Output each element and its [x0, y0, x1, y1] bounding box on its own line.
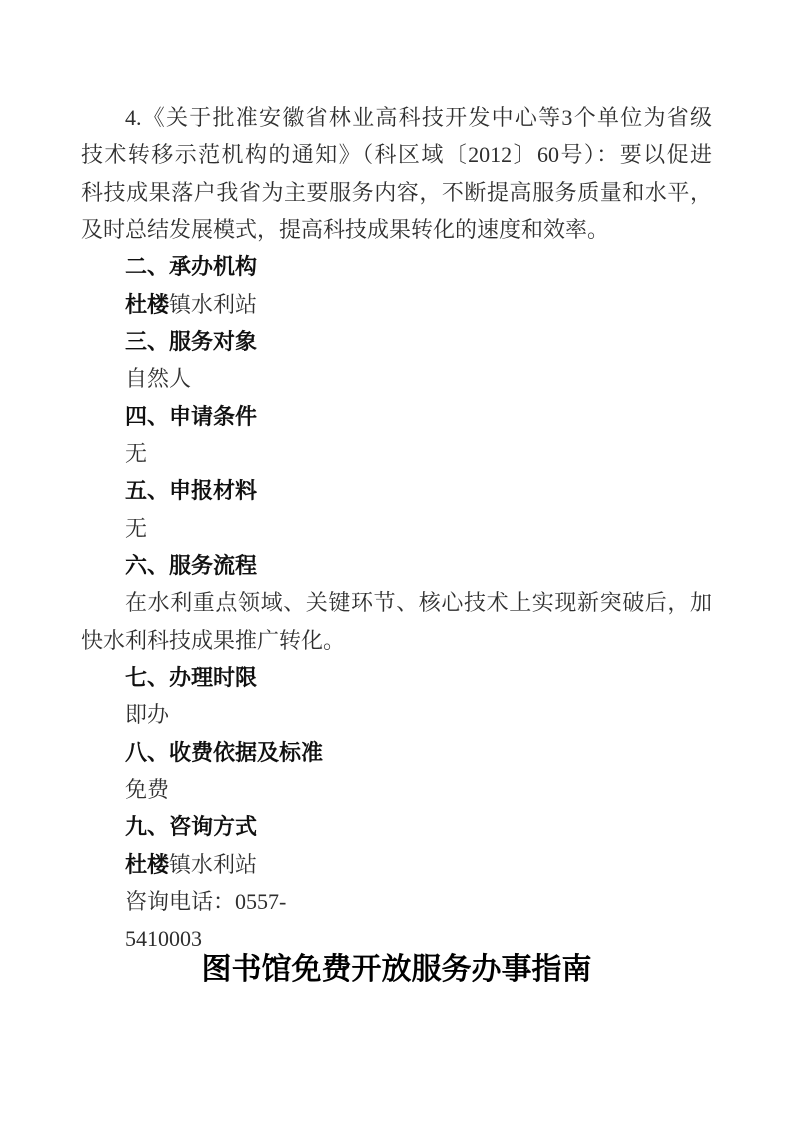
body-line: 无 [81, 435, 712, 472]
body-line: 在水利重点领域、关键环节、核心技术上实现新突破后，加 [81, 584, 712, 621]
body-line: 自然人 [81, 360, 712, 397]
section-heading: 七、办理时限 [81, 659, 712, 696]
body-line: 杜楼镇水利站 [81, 846, 712, 883]
section-heading: 九、咨询方式 [81, 808, 712, 845]
body-line: 4.《关于批准安徽省林业高科技开发中心等3个单位为省级 [81, 99, 712, 136]
section-heading: 四、申请条件 [81, 398, 712, 435]
section-heading: 六、服务流程 [81, 547, 712, 584]
body-line: 快水利科技成果推广转化。 [81, 622, 712, 659]
section-heading: 三、服务对象 [81, 323, 712, 360]
section-heading: 五、申报材料 [81, 472, 712, 509]
body-line: 技术转移示范机构的通知》（科区域〔2012〕60号）：要以促进 [81, 136, 712, 173]
document-page: 4.《关于批准安徽省林业高科技开发中心等3个单位为省级技术转移示范机构的通知》（… [0, 0, 793, 1122]
section-heading: 八、收费依据及标准 [81, 734, 712, 771]
body-line: 无 [81, 510, 712, 547]
bold-prefix-text: 杜楼 [125, 852, 169, 877]
body-line: 及时总结发展模式，提高科技成果转化的速度和效率。 [81, 211, 712, 248]
document-body: 4.《关于批准安徽省林业高科技开发中心等3个单位为省级技术转移示范机构的通知》（… [81, 99, 712, 992]
bold-prefix-text: 杜楼 [125, 292, 169, 317]
body-line: 免费 [81, 771, 712, 808]
section-heading: 二、承办机构 [81, 248, 712, 285]
body-line: 即办 [81, 696, 712, 733]
body-line: 科技成果落户我省为主要服务内容，不断提高服务质量和水平， [81, 174, 712, 211]
body-line: 咨询电话：0557- [81, 883, 712, 920]
body-line: 杜楼镇水利站 [81, 286, 712, 323]
